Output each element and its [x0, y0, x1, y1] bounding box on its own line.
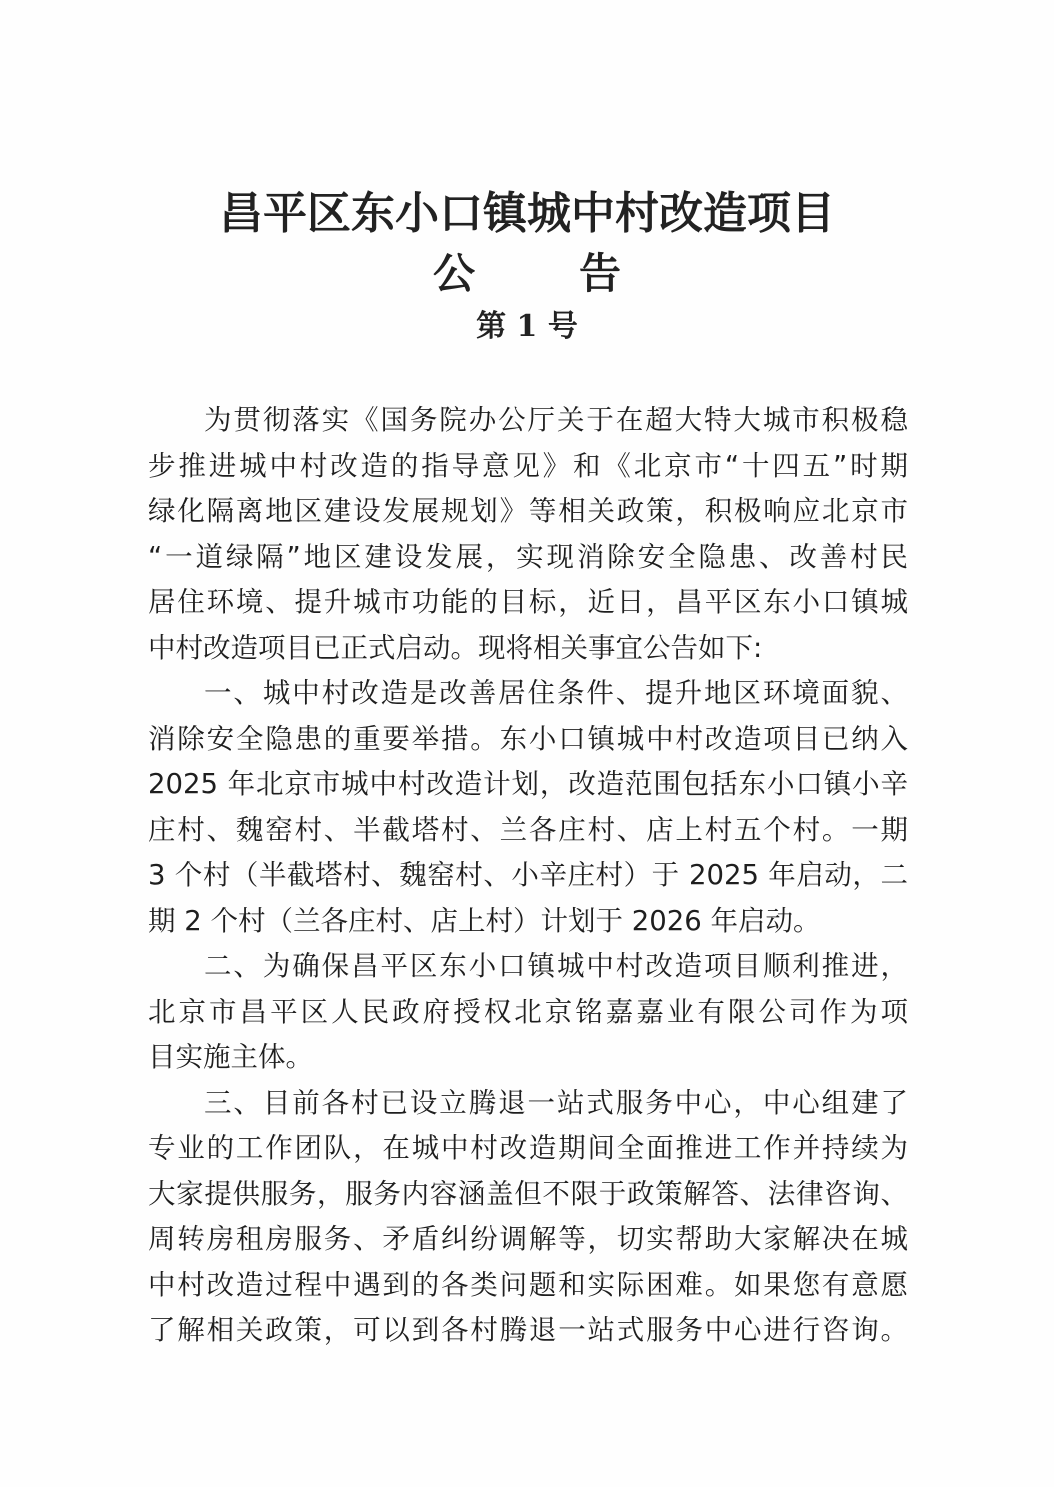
- paragraph-section-2: 二、为确保昌平区东小口镇城中村改造项目顺利推进， 北京市昌平区人民政府授权北京铭…: [148, 944, 908, 1081]
- paragraph-line: 了解相关政策，可以到各村腾退一站式服务中心进行咨询。: [148, 1308, 908, 1354]
- subtitle-char-left: 公: [433, 249, 475, 298]
- paragraph-line: 居住环境、提升城市功能的目标，近日，昌平区东小口镇城: [148, 580, 908, 626]
- document-body: 为贯彻落实《国务院办公厅关于在超大特大城市积极稳 步推进城中村改造的指导意见》和…: [148, 398, 908, 1354]
- document-title: 昌平区东小口镇城中村改造项目: [0, 184, 1054, 244]
- paragraph-line: 目实施主体。: [148, 1035, 908, 1081]
- subtitle-char-right: 告: [579, 249, 621, 298]
- paragraph-line: 绿化隔离地区建设发展规划》等相关政策，积极响应北京市: [148, 489, 908, 535]
- paragraph-line: 大家提供服务，服务内容涵盖但不限于政策解答、法律咨询、: [148, 1172, 908, 1218]
- paragraph-line: 一、城中村改造是改善居住条件、提升地区环境面貌、: [148, 671, 908, 717]
- paragraph-line: 北京市昌平区人民政府授权北京铭嘉嘉业有限公司作为项: [148, 990, 908, 1036]
- paragraph-intro: 为贯彻落实《国务院办公厅关于在超大特大城市积极稳 步推进城中村改造的指导意见》和…: [148, 398, 908, 671]
- paragraph-line: 二、为确保昌平区东小口镇城中村改造项目顺利推进，: [148, 944, 908, 990]
- paragraph-line: 2025 年北京市城中村改造计划，改造范围包括东小口镇小辛: [148, 762, 908, 808]
- paragraph-line: “一道绿隔”地区建设发展，实现消除安全隐患、改善村民: [148, 535, 908, 581]
- paragraph-line: 专业的工作团队，在城中村改造期间全面推进工作并持续为: [148, 1126, 908, 1172]
- paragraph-line: 中村改造项目已正式启动。现将相关事宜公告如下:: [148, 626, 908, 672]
- paragraph-line: 为贯彻落实《国务院办公厅关于在超大特大城市积极稳: [148, 398, 908, 444]
- paragraph-line: 周转房租房服务、矛盾纠纷调解等，切实帮助大家解决在城: [148, 1217, 908, 1263]
- paragraph-line: 中村改造过程中遇到的各类问题和实际困难。如果您有意愿: [148, 1263, 908, 1309]
- paragraph-line: 庄村、魏窑村、半截塔村、兰各庄村、店上村五个村。一期: [148, 808, 908, 854]
- document-number: 第 1 号: [0, 306, 1054, 348]
- document-subtitle: 公告: [0, 246, 1054, 302]
- paragraph-line: 三、目前各村已设立腾退一站式服务中心，中心组建了: [148, 1081, 908, 1127]
- paragraph-line: 3 个村（半截塔村、魏窑村、小辛庄村）于 2025 年启动，二: [148, 853, 908, 899]
- paragraph-line: 期 2 个村（兰各庄村、店上村）计划于 2026 年启动。: [148, 899, 908, 945]
- paragraph-section-3: 三、目前各村已设立腾退一站式服务中心，中心组建了 专业的工作团队，在城中村改造期…: [148, 1081, 908, 1354]
- paragraph-section-1: 一、城中村改造是改善居住条件、提升地区环境面貌、 消除安全隐患的重要举措。东小口…: [148, 671, 908, 944]
- document-page: 昌平区东小口镇城中村改造项目 公告 第 1 号 为贯彻落实《国务院办公厅关于在超…: [0, 0, 1054, 1487]
- paragraph-line: 消除安全隐患的重要举措。东小口镇城中村改造项目已纳入: [148, 717, 908, 763]
- paragraph-line: 步推进城中村改造的指导意见》和《北京市“十四五”时期: [148, 444, 908, 490]
